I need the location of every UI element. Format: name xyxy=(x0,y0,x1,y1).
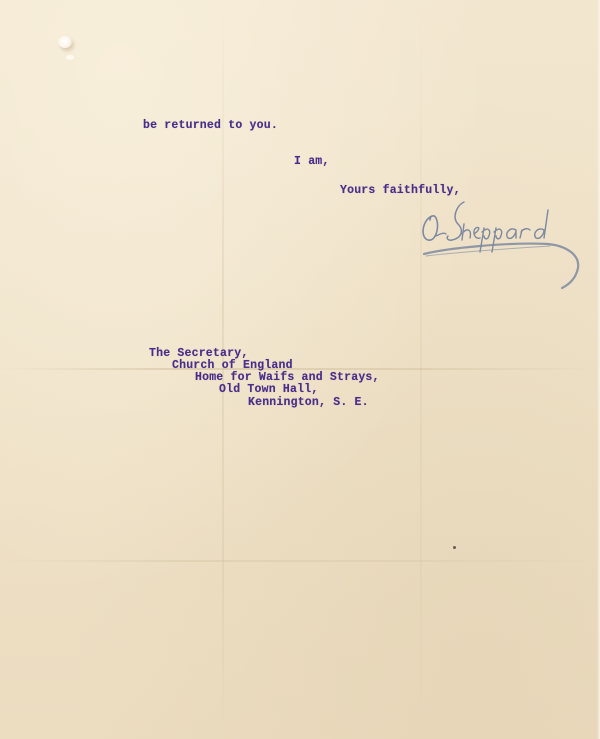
punch-hole-icon xyxy=(58,36,72,48)
recipient-line-5: Kennington, S. E. xyxy=(248,396,369,409)
handwritten-signature-icon xyxy=(418,196,588,291)
ink-speck xyxy=(453,546,456,549)
paper-fold-line xyxy=(0,368,600,370)
paper-fold-line xyxy=(0,560,600,562)
salutation-close: I am, xyxy=(294,155,330,168)
paper-fold-line-vertical xyxy=(420,0,422,739)
paper-scuff xyxy=(66,55,74,60)
recipient-line-4: Old Town Hall, xyxy=(219,383,318,396)
letter-page: be returned to you. I am, Yours faithful… xyxy=(0,0,600,739)
closing-text: be returned to you. xyxy=(143,119,278,132)
